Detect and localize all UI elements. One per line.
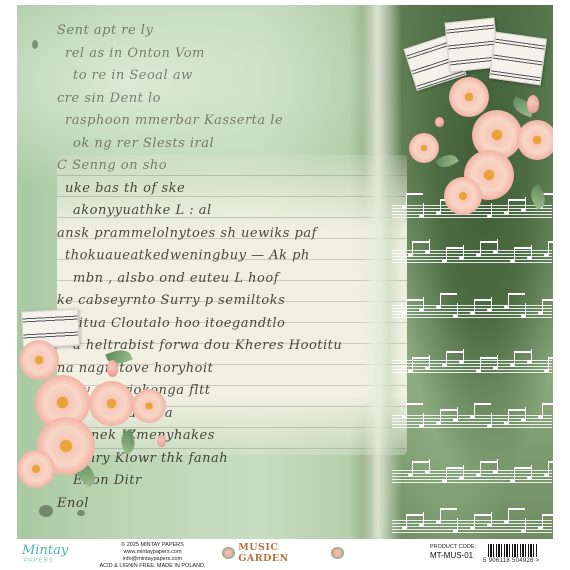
note-stem	[406, 515, 407, 527]
note-stem	[423, 413, 424, 425]
handwriting-line: to re in Seoal aw	[73, 68, 193, 83]
note-stem	[423, 203, 424, 215]
note-stem	[531, 349, 532, 361]
rose-flower	[89, 381, 134, 426]
torn-paper-edge	[362, 5, 402, 539]
note-beam	[542, 299, 553, 301]
note-beam	[440, 293, 457, 295]
note-beam	[474, 403, 491, 405]
handwriting-line: cre sin Dent lo	[57, 91, 161, 106]
note-stem	[423, 512, 424, 524]
note-stem	[457, 518, 458, 530]
sheet-music-page	[489, 32, 547, 86]
rose-flower	[444, 177, 482, 215]
note-stem	[429, 459, 430, 471]
note-stem	[497, 459, 498, 471]
note-stem	[508, 410, 509, 422]
handwriting-line: ok ng rer Slests iral	[73, 136, 214, 151]
note-stem	[406, 300, 407, 312]
scrapbook-paper-artwork: Sent apt re lyrel as in Onton Vomto re i…	[17, 5, 553, 539]
note-stem	[412, 358, 413, 370]
note-stem	[463, 245, 464, 257]
note-stem	[548, 242, 549, 254]
note-beam	[548, 241, 553, 243]
handwriting-line: Sent apt re ly	[57, 23, 153, 38]
note-beam	[548, 461, 553, 463]
note-stem	[525, 518, 526, 530]
note-stem	[542, 515, 543, 527]
note-stem	[440, 509, 441, 521]
handwriting-line: C Senng on sho	[57, 158, 167, 173]
copyright-text: © 2025 MINTAY PAPERS	[95, 542, 210, 549]
ink-speck	[39, 505, 53, 517]
note-stem	[491, 203, 492, 215]
note-stem	[446, 352, 447, 364]
note-stem	[508, 509, 509, 521]
note-stem	[440, 200, 441, 212]
note-beam	[542, 403, 553, 405]
note-stem	[491, 413, 492, 425]
note-beam	[514, 351, 531, 353]
note-stem	[548, 462, 549, 474]
note-beam	[406, 193, 423, 195]
note-stem	[463, 465, 464, 477]
brand-logo-subtext: PAPERS	[24, 558, 54, 564]
collection-title: MUSIC GARDEN	[238, 542, 327, 564]
note-stem	[542, 300, 543, 312]
collection-title-block: MUSIC GARDEN	[222, 545, 344, 561]
note-beam	[412, 357, 429, 359]
note-beam	[542, 514, 553, 516]
note-beam	[446, 247, 463, 249]
note-stem	[457, 303, 458, 315]
note-beam	[508, 409, 525, 411]
note-beam	[406, 403, 423, 405]
note-stem	[531, 245, 532, 257]
note-stem	[514, 352, 515, 364]
note-beam	[514, 467, 531, 469]
barcode-number: 5 906118 504926 >	[483, 558, 540, 564]
note-stem	[446, 468, 447, 480]
note-stem	[474, 515, 475, 527]
note-beam	[406, 514, 423, 516]
note-stem	[423, 297, 424, 309]
rose-flower	[517, 120, 553, 160]
handwriting-line: thokuaueatkedweningbuy — Ak ph	[65, 248, 310, 263]
note-beam	[480, 241, 497, 243]
handwriting-line: ansk prammelolnytoes sh uewiks paf	[57, 226, 317, 241]
note-stem	[508, 200, 509, 212]
note-stem	[525, 197, 526, 209]
floral-ornament-icon	[331, 547, 344, 559]
note-stem	[406, 404, 407, 416]
note-stem	[480, 358, 481, 370]
handwriting-line: rasphoon mmerbar Kasserta le	[65, 113, 283, 128]
note-stem	[508, 294, 509, 306]
contact-text: www.mintaypapers.com info@mintaypapers.c…	[95, 549, 210, 563]
note-stem	[474, 300, 475, 312]
note-stem	[429, 239, 430, 251]
note-stem	[491, 512, 492, 524]
rose-bud	[107, 360, 118, 377]
handwriting-line: na nagnttove horyhoit	[57, 361, 213, 376]
note-stem	[480, 242, 481, 254]
note-stem	[463, 349, 464, 361]
note-beam	[446, 467, 463, 469]
rose-bud	[527, 95, 539, 113]
rose-bud	[157, 435, 166, 447]
note-stem	[531, 465, 532, 477]
note-beam	[514, 247, 531, 249]
note-stem	[440, 410, 441, 422]
note-stem	[480, 462, 481, 474]
rose-flower	[19, 340, 59, 380]
handwriting-line: Enol	[57, 496, 89, 511]
note-stem	[497, 239, 498, 251]
note-beam	[548, 357, 553, 359]
note-stem	[548, 358, 549, 370]
note-beam	[508, 508, 525, 510]
product-code-label: PRODUCT CODE:	[430, 544, 476, 550]
note-beam	[474, 299, 491, 301]
note-stem	[440, 294, 441, 306]
handwriting-line: ke cabseyrnto Surry p semiltoks	[57, 293, 285, 308]
handwriting-line: Mitua Cloutalo hoo itoegandtlo	[65, 316, 285, 331]
note-stem	[497, 355, 498, 367]
note-stem	[514, 248, 515, 260]
product-code: MT-MUS-01	[430, 551, 473, 560]
handwriting-line: uke bas th of ske	[65, 181, 185, 196]
note-stem	[412, 462, 413, 474]
note-stem	[474, 404, 475, 416]
note-stem	[429, 355, 430, 367]
note-beam	[480, 357, 497, 359]
note-stem	[412, 242, 413, 254]
note-beam	[440, 508, 457, 510]
product-footer: Mintay PAPERS © 2025 MINTAY PAPERS www.m…	[0, 540, 570, 570]
note-stem	[525, 303, 526, 315]
note-beam	[508, 293, 525, 295]
note-stem	[542, 404, 543, 416]
rose-flower	[132, 389, 166, 423]
note-beam	[406, 299, 423, 301]
note-stem	[491, 297, 492, 309]
note-beam	[412, 461, 429, 463]
rose-flower	[449, 77, 489, 117]
note-stem	[457, 407, 458, 419]
rose-flower	[409, 133, 439, 163]
handwriting-line: akonyyuathke L : al	[73, 203, 212, 218]
rose-flower	[17, 450, 55, 488]
note-stem	[514, 468, 515, 480]
notice-text: ACID & LIGNIN FREE. MADE IN POLAND.	[95, 563, 210, 570]
note-beam	[446, 351, 463, 353]
note-stem	[406, 194, 407, 206]
note-stem	[446, 248, 447, 260]
note-beam	[480, 461, 497, 463]
copyright-block: © 2025 MINTAY PAPERS www.mintaypapers.co…	[95, 542, 210, 570]
note-beam	[412, 241, 429, 243]
floral-ornament-icon	[222, 547, 235, 559]
ink-speck	[77, 510, 85, 516]
brand-logo: Mintay	[22, 543, 68, 558]
note-beam	[508, 199, 525, 201]
rose-bud	[435, 117, 444, 127]
note-beam	[474, 514, 491, 516]
handwriting-line: mbn , alsbo ond euteu L hoof	[73, 271, 279, 286]
ink-speck	[32, 40, 38, 49]
barcode-icon	[488, 544, 538, 557]
handwriting-line: rel as in Onton Vom	[65, 46, 205, 61]
note-stem	[525, 407, 526, 419]
note-beam	[440, 409, 457, 411]
